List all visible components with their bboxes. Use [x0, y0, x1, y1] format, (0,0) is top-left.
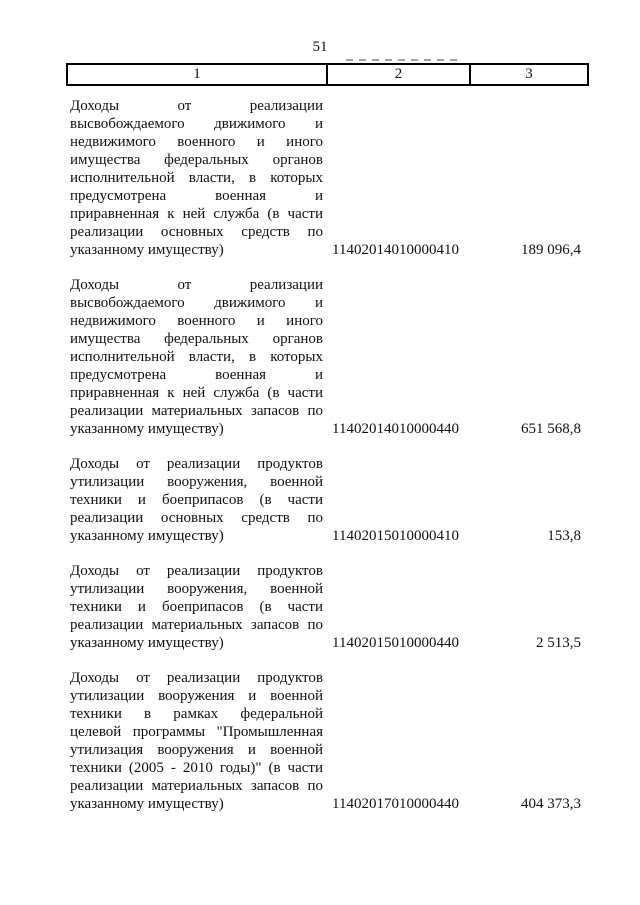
amount-value: 2 513,5	[469, 634, 581, 652]
header-col-2: 2	[326, 65, 469, 84]
income-name: Доходы от реализации продуктовутилизации…	[70, 669, 323, 813]
amount-value: 153,8	[469, 527, 581, 545]
income-name-line: техники и боеприпасов (в части	[70, 491, 323, 509]
income-name-line: недвижимого военного и иного	[70, 133, 323, 151]
income-name-line: недвижимого военного и иного	[70, 312, 323, 330]
income-name-line: указанному имуществу)	[70, 795, 323, 813]
income-name-line: техники (2005 - 2010 годы)" (в части	[70, 759, 323, 777]
income-name: Доходы от реализации продуктовутилизации…	[70, 455, 323, 545]
income-name-line: техники в рамках федеральной	[70, 705, 323, 723]
budget-code: 11402015010000410	[323, 527, 469, 545]
table-row: Доходы от реализациивысвобождаемого движ…	[70, 97, 581, 259]
income-name-line: указанному имуществу)	[70, 241, 323, 259]
table-row: Доходы от реализации продуктовутилизации…	[70, 669, 581, 813]
table-body: Доходы от реализациивысвобождаемого движ…	[70, 97, 581, 830]
income-name-line: имущества федеральных органов	[70, 330, 323, 348]
income-name: Доходы от реализациивысвобождаемого движ…	[70, 97, 323, 259]
income-name-line: исполнительной власти, в которых	[70, 169, 323, 187]
income-name-line: предусмотрена военная и	[70, 366, 323, 384]
income-name-line: утилизации вооружения, военной	[70, 580, 323, 598]
income-name-line: высвобождаемого движимого и	[70, 294, 323, 312]
income-name-line: Доходы от реализации продуктов	[70, 562, 323, 580]
income-name-line: утилизация вооружения и военной	[70, 741, 323, 759]
income-name-line: реализации материальных запасов по	[70, 777, 323, 795]
income-name-line: Доходы от реализации	[70, 97, 323, 115]
income-name-line: Доходы от реализации продуктов	[70, 669, 323, 687]
income-name-line: исполнительной власти, в которых	[70, 348, 323, 366]
table-row: Доходы от реализациивысвобождаемого движ…	[70, 276, 581, 438]
amount-value: 189 096,4	[469, 241, 581, 259]
income-name-line: техники и боеприпасов (в части	[70, 598, 323, 616]
budget-code: 11402015010000440	[323, 634, 469, 652]
income-name-line: высвобождаемого движимого и	[70, 115, 323, 133]
income-name-line: реализации основных средств по	[70, 509, 323, 527]
scan-artifact	[346, 59, 462, 61]
income-name-line: реализации основных средств по	[70, 223, 323, 241]
income-name-line: Доходы от реализации продуктов	[70, 455, 323, 473]
income-name-line: утилизации вооружения и военной	[70, 687, 323, 705]
income-name-line: приравненная к ней служба (в части	[70, 384, 323, 402]
income-name-line: реализации материальных запасов по	[70, 402, 323, 420]
income-name-line: Доходы от реализации	[70, 276, 323, 294]
table-row: Доходы от реализации продуктовутилизации…	[70, 562, 581, 652]
budget-code: 11402017010000440	[323, 795, 469, 813]
header-col-1: 1	[68, 65, 326, 84]
income-name: Доходы от реализации продуктовутилизации…	[70, 562, 323, 652]
income-name: Доходы от реализациивысвобождаемого движ…	[70, 276, 323, 438]
table-header-row: 1 2 3	[66, 63, 589, 86]
amount-value: 651 568,8	[469, 420, 581, 438]
budget-code: 11402014010000440	[323, 420, 469, 438]
income-name-line: приравненная к ней служба (в части	[70, 205, 323, 223]
income-name-line: указанному имуществу)	[70, 527, 323, 545]
income-name-line: предусмотрена военная и	[70, 187, 323, 205]
table-row: Доходы от реализации продуктовутилизации…	[70, 455, 581, 545]
income-name-line: целевой программы "Промышленная	[70, 723, 323, 741]
income-name-line: указанному имуществу)	[70, 420, 323, 438]
budget-code: 11402014010000410	[323, 241, 469, 259]
income-name-line: имущества федеральных органов	[70, 151, 323, 169]
page-number: 51	[0, 39, 640, 56]
income-name-line: указанному имуществу)	[70, 634, 323, 652]
amount-value: 404 373,3	[469, 795, 581, 813]
header-col-3: 3	[469, 65, 587, 84]
income-name-line: реализации материальных запасов по	[70, 616, 323, 634]
income-name-line: утилизации вооружения, военной	[70, 473, 323, 491]
